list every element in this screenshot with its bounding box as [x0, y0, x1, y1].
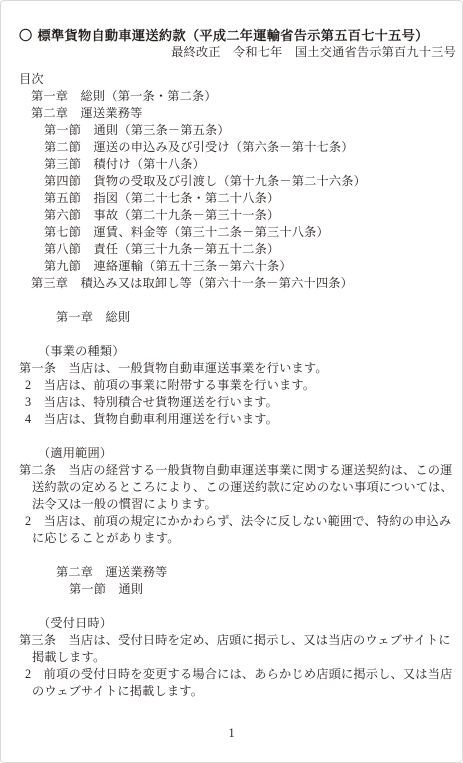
table-of-contents: 目次 第一章 総則（第一条・第二条） 第二章 運送業務等 第一節 通則（第三条－… — [19, 71, 456, 292]
revision-line: 最終改正 令和七年 国土交通省告示第百九十三号 — [19, 44, 456, 61]
article-1-item-4: 4 当店は、貨物自動車利用運送を行います。 — [19, 411, 456, 428]
document-title-line: 〇標準貨物自動車運送約款（平成二年運輸省告示第五百七十五号） — [19, 27, 456, 44]
article-2-item-2: 2 当店は、前項の規定にかかわらず、法令に反しない範囲で、特約の申込みに応じるこ… — [19, 513, 456, 547]
toc-item-section4: 第四節 貨物の受取及び引渡し（第十九条－第二十六条） — [19, 173, 456, 190]
article-1-text: 第一条 当店は、一般貨物自動車運送事業を行います。 — [19, 360, 456, 377]
article-2-caption: （適用範囲） — [19, 445, 456, 462]
document-title: 標準貨物自動車運送約款（平成二年運輸省告示第五百七十五号） — [38, 28, 429, 43]
toc-item-section3: 第三節 積付け（第十八条） — [19, 156, 456, 173]
toc-item-chapter2: 第二章 運送業務等 — [19, 105, 456, 122]
toc-item-chapter1: 第一章 総則（第一条・第二条） — [19, 88, 456, 105]
toc-item-section9: 第九節 連絡運輸（第五十三条－第六十条） — [19, 258, 456, 275]
article-3: （受付日時） 第三条 当店は、受付日時を定め、店頭に掲示し、又は当店のウェブサイ… — [19, 615, 456, 700]
article-3-caption: （受付日時） — [19, 615, 456, 632]
article-1-item-3: 3 当店は、特別積合せ貨物運送を行います。 — [19, 394, 456, 411]
chapter-1-heading: 第一章 総則 — [19, 309, 456, 326]
toc-item-section5: 第五節 指図（第二十七条・第二十八条） — [19, 190, 456, 207]
chapter-2-heading: 第二章 運送業務等 — [19, 564, 456, 581]
toc-heading: 目次 — [19, 71, 456, 88]
toc-item-section7: 第七節 運賃、料金等（第三十二条－第三十八条） — [19, 224, 456, 241]
article-3-text: 第三条 当店は、受付日時を定め、店頭に掲示し、又は当店のウェブサイトに掲載します… — [19, 632, 456, 666]
page-number: 1 — [7, 725, 456, 742]
article-2-text: 第二条 当店の経営する一般貨物自動車運送事業に関する運送契約は、この運送約款の定… — [19, 462, 456, 513]
article-2: （適用範囲） 第二条 当店の経営する一般貨物自動車運送事業に関する運送契約は、こ… — [19, 445, 456, 547]
toc-item-section8: 第八節 責任（第三十九条－第五十二条） — [19, 241, 456, 258]
document-page: 〇標準貨物自動車運送約款（平成二年運輸省告示第五百七十五号） 最終改正 令和七年… — [0, 0, 463, 763]
article-1: （事業の種類） 第一条 当店は、一般貨物自動車運送事業を行います。 2 当店は、… — [19, 343, 456, 428]
toc-item-section6: 第六節 事故（第二十九条－第三十一条） — [19, 207, 456, 224]
article-1-item-2: 2 当店は、前項の事業に附帯する事業を行います。 — [19, 377, 456, 394]
toc-item-section2: 第二節 運送の申込み及び引受け（第六条－第十七条） — [19, 139, 456, 156]
toc-item-section1: 第一節 通則（第三条－第五条） — [19, 122, 456, 139]
article-3-item-2: 2 前項の受付日時を変更する場合には、あらかじめ店頭に掲示し、又は当店のウェブサ… — [19, 666, 456, 700]
toc-item-chapter3: 第三章 積込み又は取卸し等（第六十一条－第六十四条） — [19, 275, 456, 292]
article-1-caption: （事業の種類） — [19, 343, 456, 360]
section-1-heading: 第一節 通則 — [19, 581, 456, 598]
circle-marker: 〇 — [19, 28, 33, 43]
document-body: 第一章 総則 （事業の種類） 第一条 当店は、一般貨物自動車運送事業を行います。… — [19, 309, 456, 700]
